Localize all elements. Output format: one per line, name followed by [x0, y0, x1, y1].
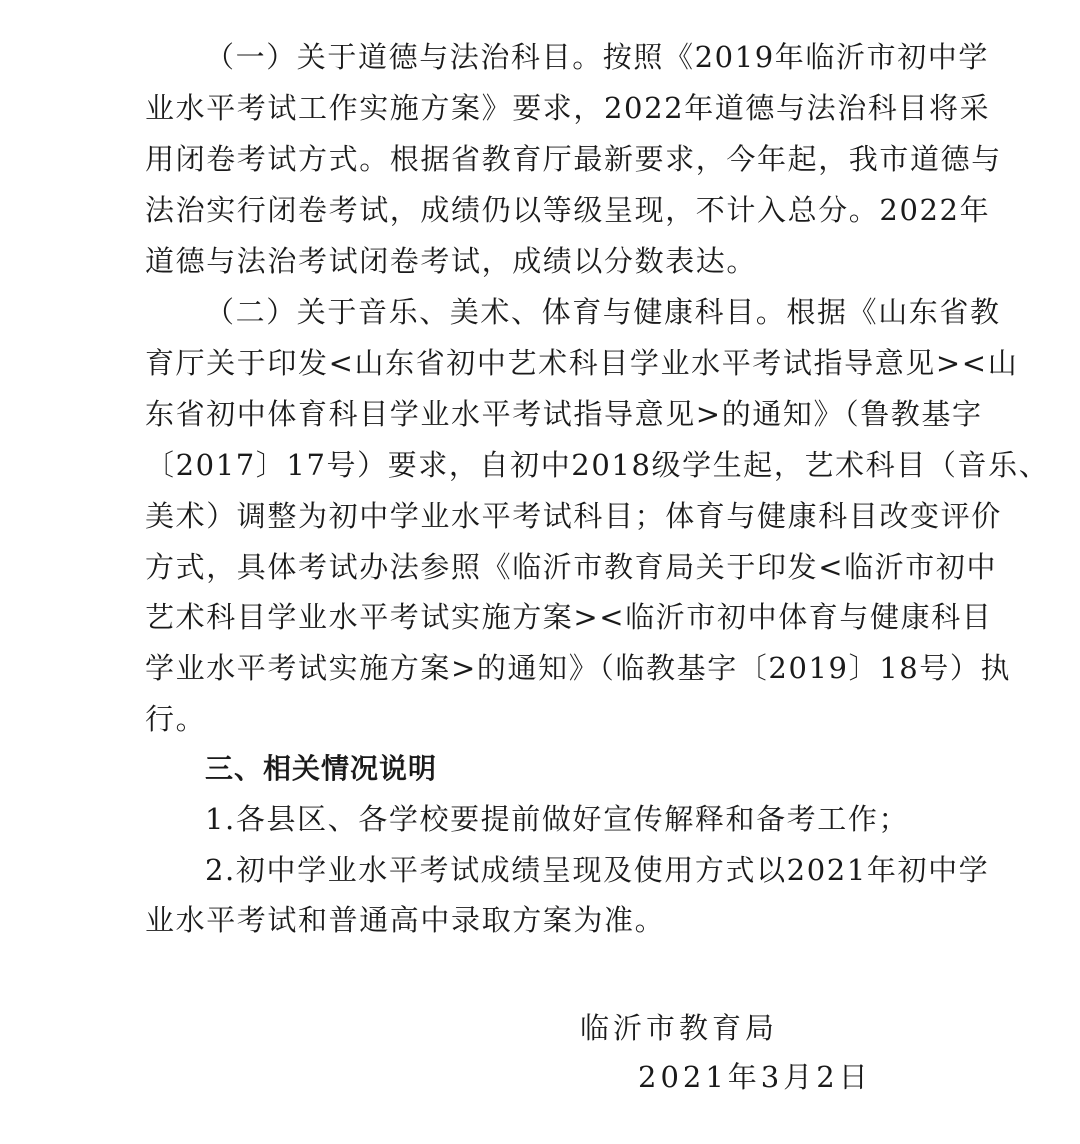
section1-line-4: 法治实行闭卷考试，成绩仍以等级呈现，不计入总分。2022年: [145, 193, 990, 227]
section3-heading: 三、相关情况说明: [205, 752, 437, 786]
section2-line-2: 育厅关于印发<山东省初中艺术科目学业水平考试指导意见><山: [145, 346, 1018, 380]
section2-line-4: 〔2017〕17号）要求，自初中2018级学生起，艺术科目（音乐、: [145, 448, 1049, 482]
section3-item-2-line-2: 业水平考试和普通高中录取方案为准。: [145, 903, 665, 937]
section2-line-3: 东省初中体育科目学业水平考试指导意见>的通知》（鲁教基字: [145, 397, 983, 431]
section2-line-7: 艺术科目学业水平考试实施方案><临沂市初中体育与健康科目: [145, 600, 992, 634]
section2-line-1: （二）关于音乐、美术、体育与健康科目。根据《山东省教: [205, 295, 1001, 329]
section3-item-2-line-1: 2.初中学业水平考试成绩呈现及使用方式以2021年初中学: [205, 853, 989, 887]
signature-organization: 临沂市教育局: [580, 1006, 778, 1047]
section2-line-8: 学业水平考试实施方案>的通知》（临教基字〔2019〕18号）执: [145, 651, 1011, 685]
signature-date: 2021年3月2日: [638, 1055, 872, 1096]
section3-item-1: 1.各县区、各学校要提前做好宣传解释和备考工作；: [205, 802, 909, 836]
section1-line-1: （一）关于道德与法治科目。按照《2019年临沂市初中学: [205, 40, 989, 74]
section2-line-5: 美术）调整为初中学业水平考试科目；体育与健康科目改变评价: [145, 499, 1002, 533]
section1-line-5: 道德与法治考试闭卷考试，成绩以分数表达。: [145, 244, 757, 278]
section2-line-6: 方式，具体考试办法参照《临沂市教育局关于印发<临沂市初中: [145, 550, 997, 584]
section1-line-3: 用闭卷考试方式。根据省教育厅最新要求，今年起，我市道德与: [145, 142, 1002, 176]
section1-line-2: 业水平考试工作实施方案》要求，2022年道德与法治科目将采: [145, 91, 990, 125]
section2-line-9: 行。: [145, 702, 206, 736]
